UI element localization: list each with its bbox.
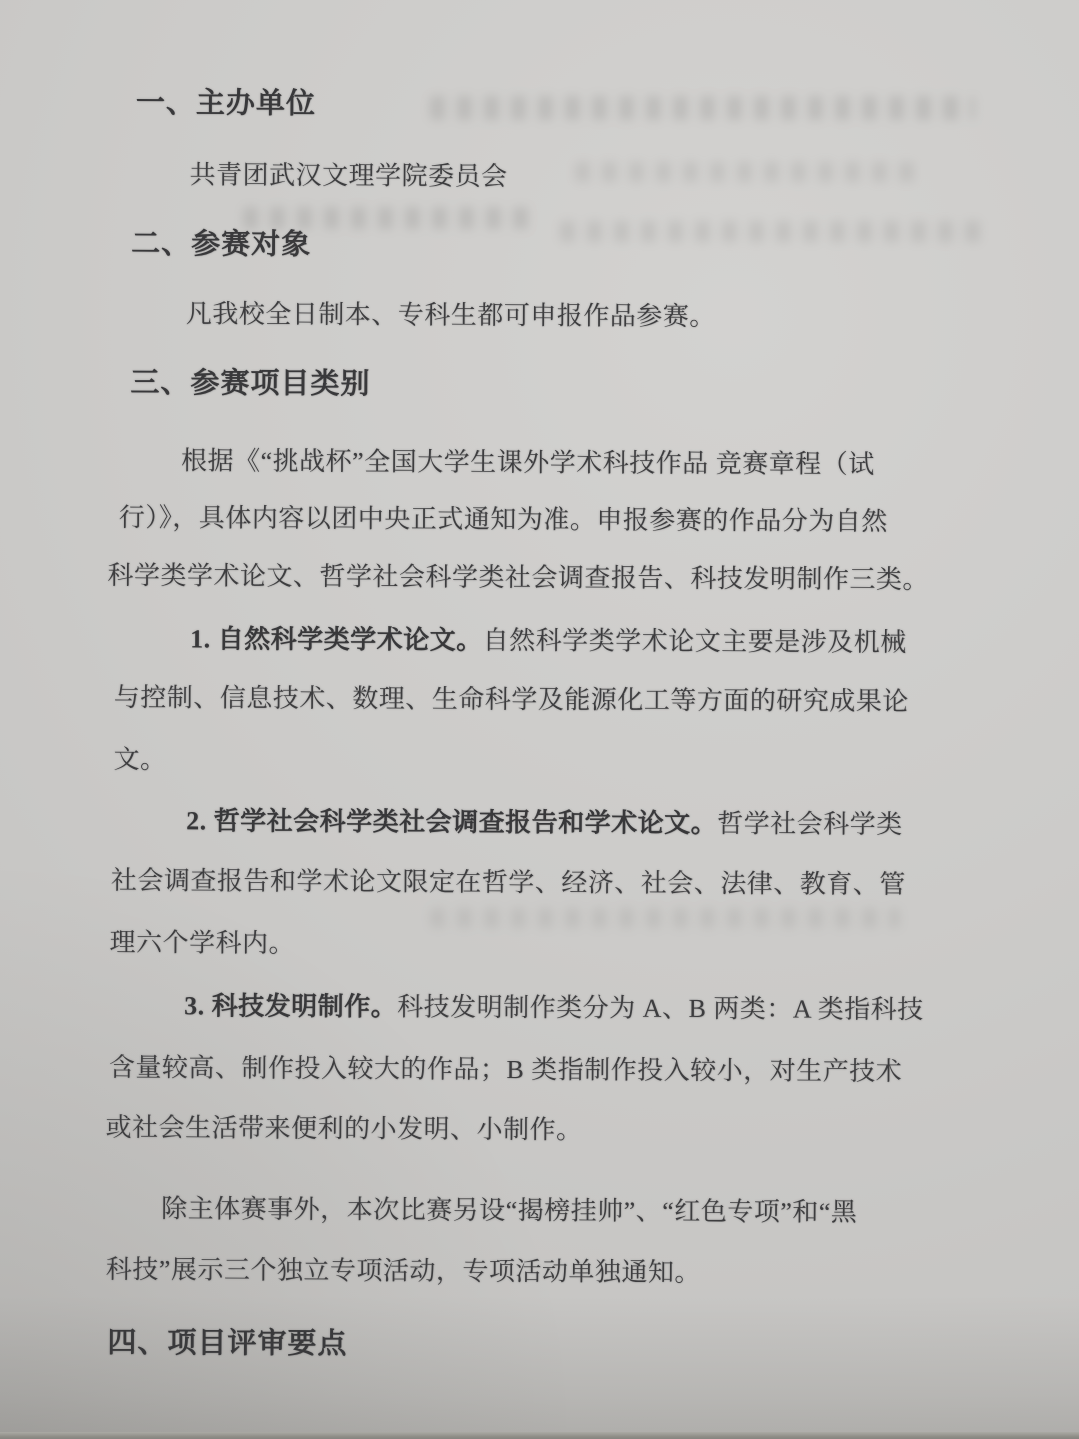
item-1-title: 1. 自然科学类学术论文。 bbox=[190, 624, 483, 655]
document-photo-page: 一、主办单位 共青团武汉文理学院委员会 二、参赛对象 凡我校全日制本、专科生都可… bbox=[0, 0, 1079, 1439]
special-events-line-2: 科技”展示三个独立专项活动，专项活动单独通知。 bbox=[106, 1254, 701, 1289]
section-1-heading: 一、主办单位 bbox=[136, 86, 316, 121]
special-events-line-1: 除主体赛事外，本次比赛另设“揭榜挂帅”、“红色专项”和“黑 bbox=[161, 1193, 857, 1229]
item-1-line-3: 文。 bbox=[113, 744, 166, 776]
item-2-line-2: 社会调查报告和学术论文限定在哲学、经济、社会、法律、教育、管 bbox=[111, 865, 906, 901]
paper-bottom-edge-shadow bbox=[0, 1432, 1079, 1439]
section-4-heading: 四、项目评审要点 bbox=[107, 1326, 347, 1361]
item-3-line-1: 3. 科技发明制作。科技发明制作类分为 A、B 两类：A 类指科技 bbox=[184, 990, 924, 1026]
item-3-line-3: 或社会生活带来便利的小发明、小制作。 bbox=[105, 1112, 582, 1146]
item-1-line-1: 1. 自然科学类学术论文。自然科学类学术论文主要是涉及机械 bbox=[190, 623, 907, 659]
category-intro-line-1: 根据《“挑战杯”全国大学生课外学术科技作品 竞赛章程（试 bbox=[181, 445, 875, 481]
host-unit-line: 共青团武汉文理学院委员会 bbox=[189, 159, 507, 193]
item-1-line-2: 与控制、信息技术、数理、生命科学及能源化工等方面的研究成果论 bbox=[114, 682, 909, 718]
document-text: 一、主办单位 共青团武汉文理学院委员会 二、参赛对象 凡我校全日制本、专科生都可… bbox=[0, 0, 1079, 1439]
item-3-title: 3. 科技发明制作。 bbox=[184, 991, 397, 1021]
item-1-text: 自然科学类学术论文主要是涉及机械 bbox=[483, 626, 907, 657]
participants-line: 凡我校全日制本、专科生都可申报作品参赛。 bbox=[186, 298, 716, 333]
item-2-line-3: 理六个学科内。 bbox=[109, 927, 295, 960]
item-2-line-1: 2. 哲学社会科学类社会调查报告和学术论文。哲学社会科学类 bbox=[186, 805, 903, 841]
item-2-title: 2. 哲学社会科学类社会调查报告和学术论文。 bbox=[186, 806, 717, 838]
section-3-heading: 三、参赛项目类别 bbox=[130, 366, 370, 401]
item-3-line-2: 含量较高、制作投入较大的作品；B 类指制作投入较小，对生产技术 bbox=[109, 1052, 903, 1088]
category-intro-line-2: 行）》，具体内容以团中央正式通知为准。申报参赛的作品分为自然 bbox=[119, 502, 888, 538]
section-2-heading: 二、参赛对象 bbox=[131, 227, 311, 262]
category-intro-line-3: 科学类学术论文、哲学社会科学类社会调查报告、科技发明制作三类。 bbox=[107, 560, 929, 596]
item-2-text: 哲学社会科学类 bbox=[717, 809, 903, 839]
item-3-text: 科技发明制作类分为 A、B 两类：A 类指科技 bbox=[397, 992, 924, 1024]
